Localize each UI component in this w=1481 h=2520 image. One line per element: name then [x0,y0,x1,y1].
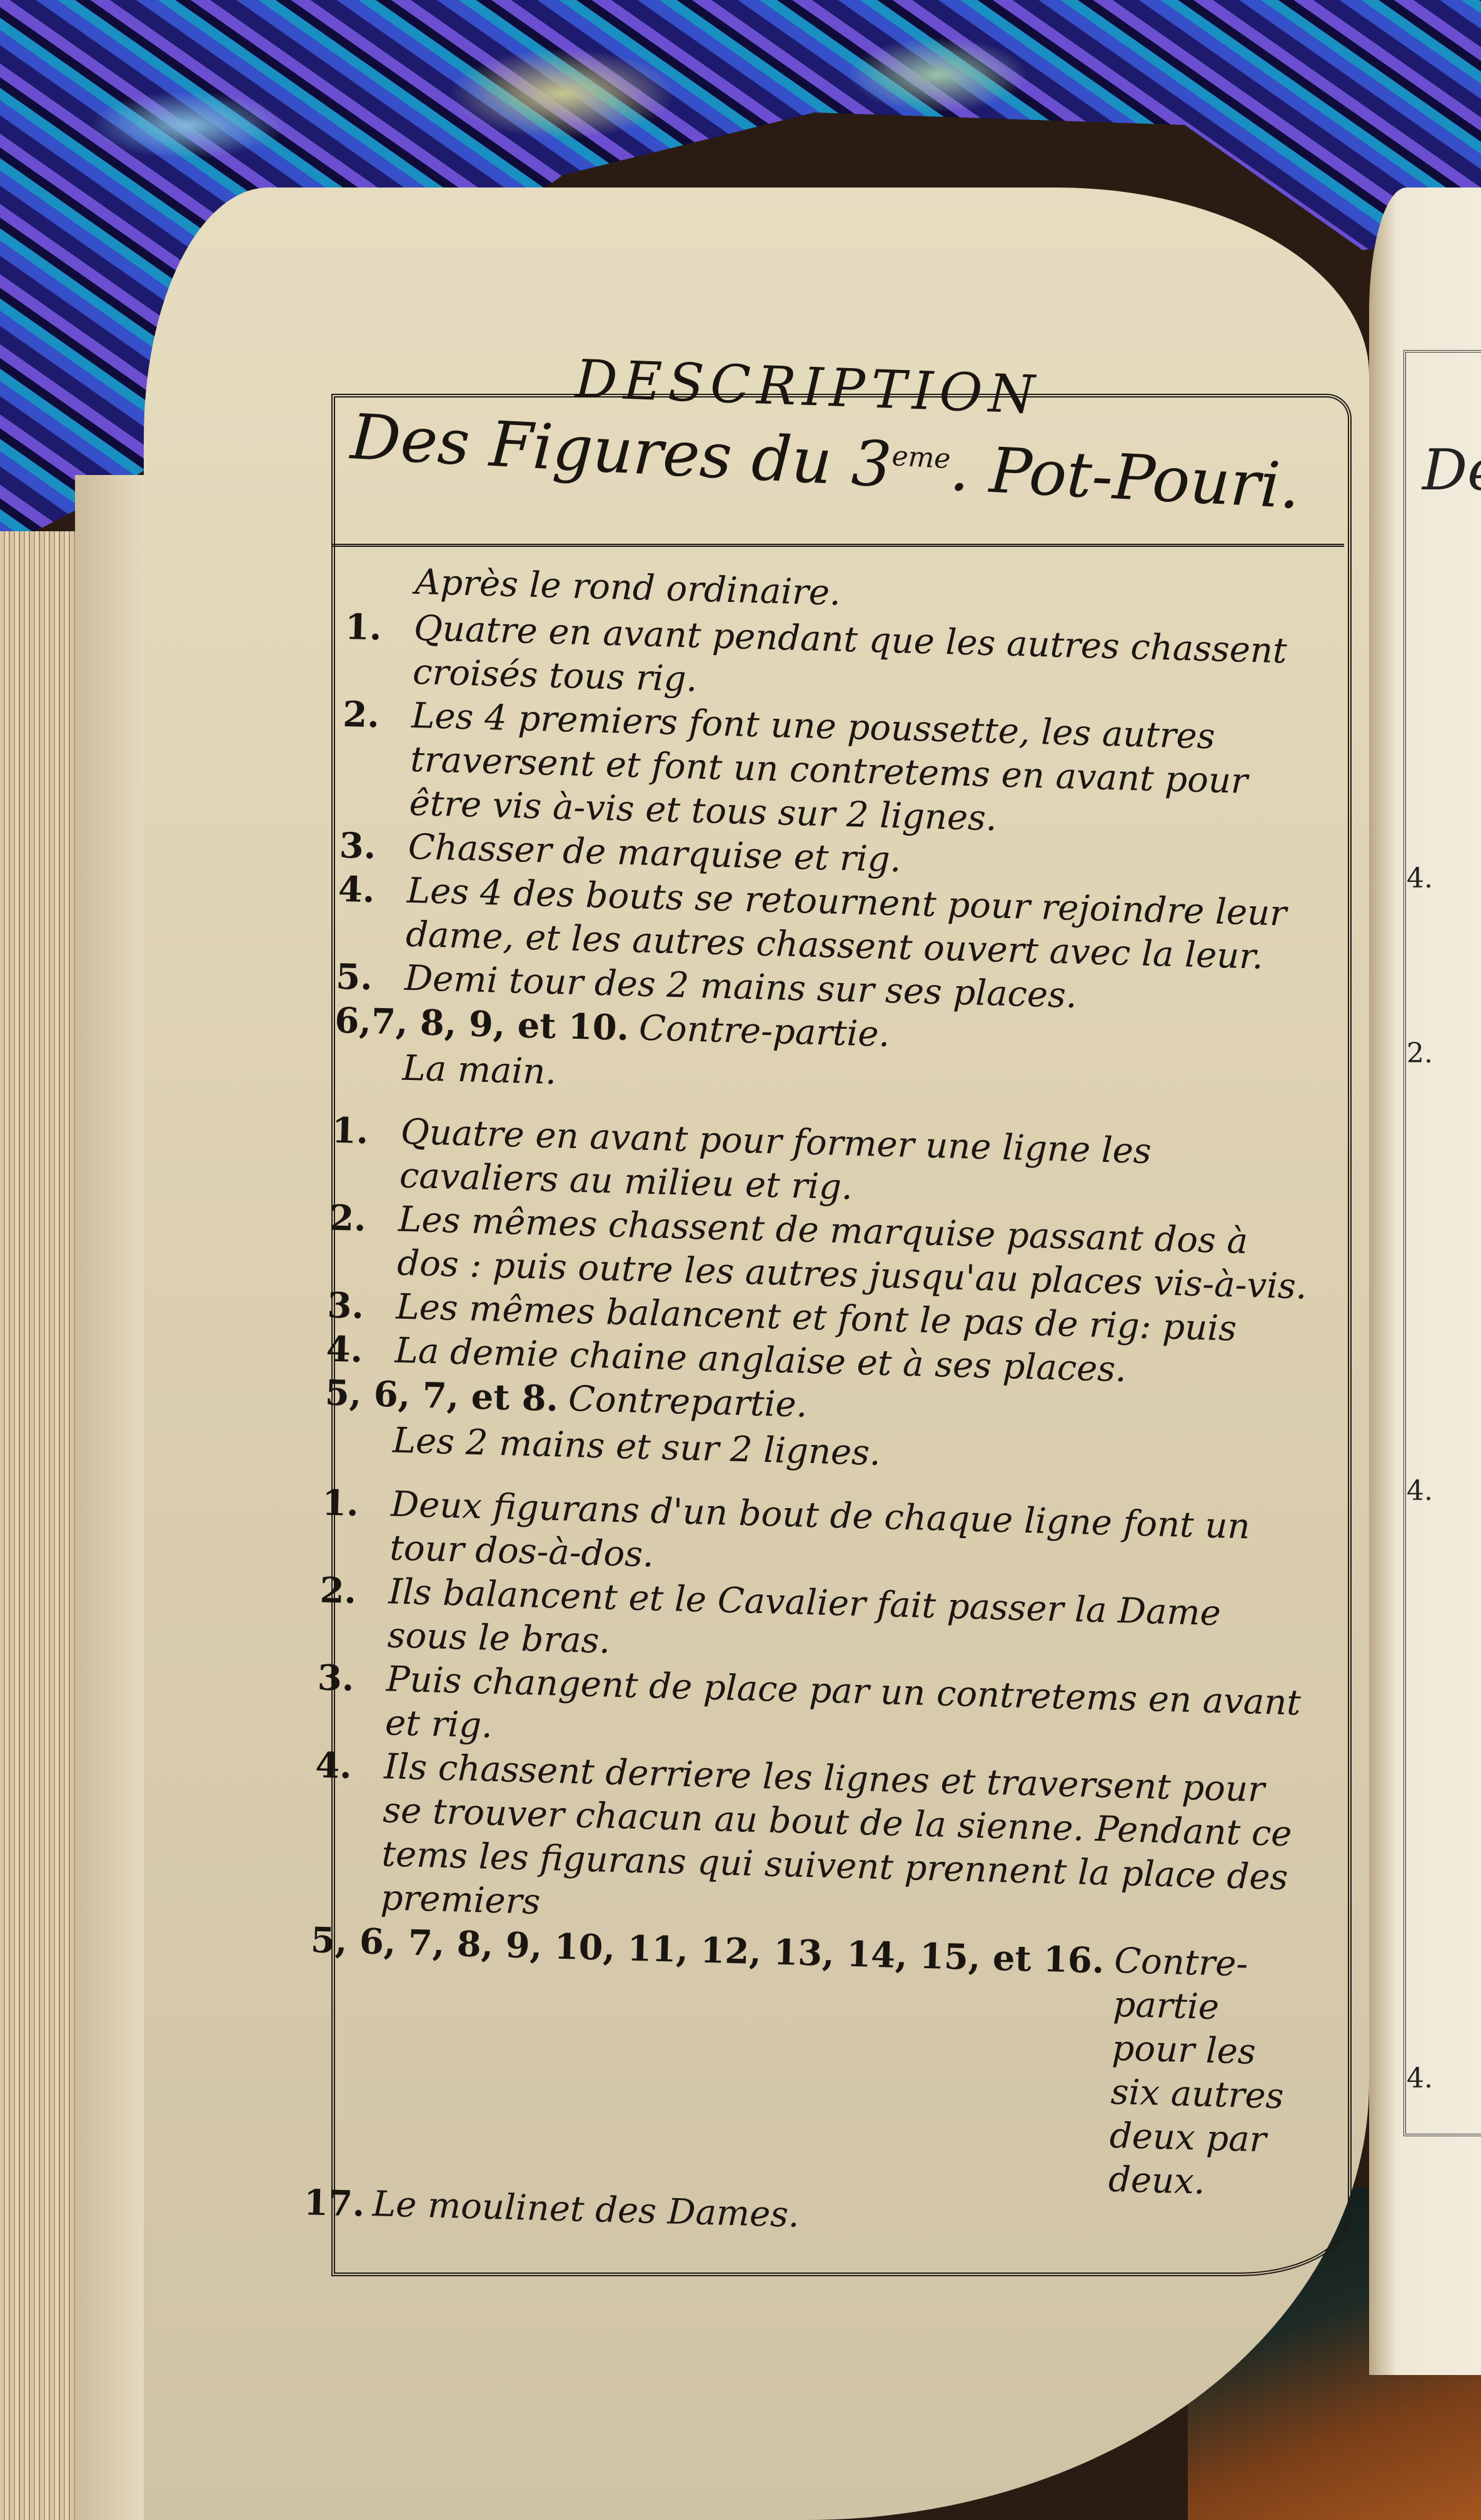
item-number: 2. [318,1568,389,1657]
item-number: 3. [316,1656,387,1745]
item-number: 4. [311,1743,384,1920]
item-number: 2. [340,692,412,826]
item-number: 1. [343,605,414,694]
item-text: Les 4 premiers font une poussette, les a… [409,694,1331,849]
item-number: 5, 6, 7, 8, 9, 10, 11, 12, 13, 14, 15, e… [304,1918,1105,2201]
page-gutter [75,475,150,2520]
item-number: 4. [326,1327,396,1373]
item-number: 5, 6, 7, et 8. [324,1371,559,1421]
figure-label: 4. [1407,862,1481,894]
title-rule [331,544,1344,559]
item-number: 5. [335,955,405,1001]
item-number: 3. [339,824,409,869]
subtitle-superscript: eme [891,440,951,475]
item-number: 3. [327,1284,397,1329]
right-page-frame [1403,350,1481,2136]
item-number: 4. [336,867,408,957]
description-body: Après le rond ordinaire. 1.Quatre en ava… [303,556,1334,2250]
item-text: Contre-partie pour les six autres deux p… [1108,1939,1298,2207]
figure-label: 4. [1407,1475,1481,1507]
list-item: 4.Ils chassent derriere les lignes et tr… [311,1743,1303,1944]
item-number: 1. [330,1109,401,1198]
right-page-heading: De [1422,437,1481,503]
list-item: 5, 6, 7, 8, 9, 10, 11, 12, 13, 14, 15, e… [304,1918,1298,2206]
figure-label: 2. [1407,1037,1481,1069]
item-number: 6,7, 8, 9, et 10. [334,999,630,1050]
figure-label: 4. [1407,2062,1481,2094]
item-number: 17. [303,2181,373,2226]
page-block-edge [0,531,75,2520]
item-number: 1. [321,1481,392,1570]
item-number: 2. [328,1196,399,1286]
item-text: Ils chassent derriere les lignes et trav… [380,1745,1303,1944]
list-item: 2.Les 4 premiers font une poussette, les… [340,692,1331,849]
